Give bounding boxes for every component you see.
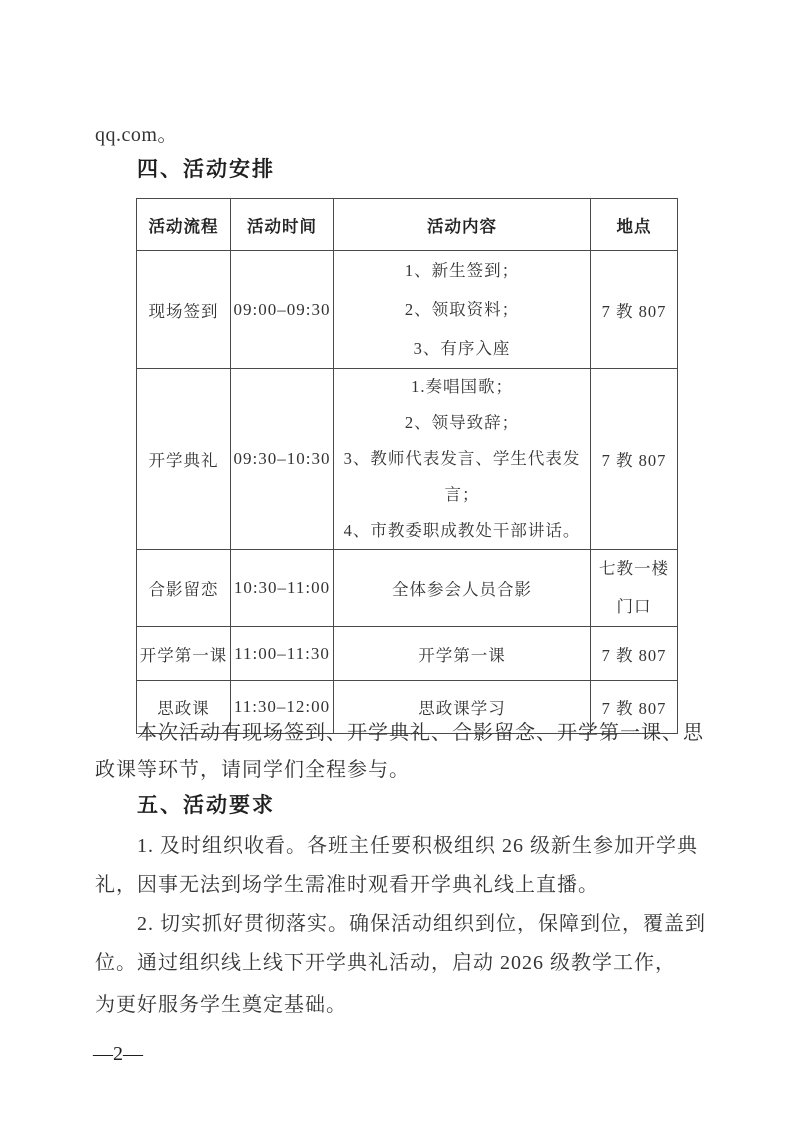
cell-location: 七教一楼 门口	[591, 550, 678, 627]
cell-content: 全体参会人员合影	[334, 550, 591, 627]
document-page: qq.com。 四、活动安排 活动流程 活动时间 活动内容 地点 现场签到 09…	[0, 0, 793, 1122]
table-header-row: 活动流程 活动时间 活动内容 地点	[137, 199, 678, 251]
page-number: —2—	[93, 1042, 143, 1066]
intro-paragraph-line: 政课等环节，请同学们全程参与。	[95, 757, 410, 783]
content-item: 2、领取资料；	[334, 290, 590, 329]
section-4-heading: 四、活动安排	[137, 157, 275, 183]
section-5-heading: 五、活动要求	[137, 793, 275, 819]
location-line: 七教一楼	[591, 550, 677, 588]
requirement-2-line: 2. 切实抓好贯彻落实。确保活动组织到位，保障到位，覆盖到	[137, 911, 706, 937]
paragraph-tail-line: qq.com。	[95, 122, 178, 148]
cell-content: 开学第一课	[334, 627, 591, 681]
header-cell-flow: 活动流程	[137, 199, 231, 251]
cell-content: 1.奏唱国歌； 2、领导致辞； 3、教师代表发言、学生代表发言； 4、市教委职成…	[334, 369, 591, 550]
content-item: 2、领导致辞；	[334, 405, 590, 441]
cell-time: 10:30–11:00	[231, 550, 334, 627]
requirement-1-line: 1. 及时组织收看。各班主任要积极组织 26 级新生参加开学典	[137, 833, 698, 859]
cell-flow: 现场签到	[137, 251, 231, 369]
content-item: 3、有序入座	[334, 329, 590, 368]
content-item: 1、新生签到；	[334, 251, 590, 290]
cell-location: 7 教 807	[591, 627, 678, 681]
activity-schedule-table: 活动流程 活动时间 活动内容 地点 现场签到 09:00–09:30 1、新生签…	[136, 198, 678, 734]
header-cell-location: 地点	[591, 199, 678, 251]
intro-paragraph-line: 本次活动有现场签到、开学典礼、合影留念、开学第一课、思	[137, 720, 704, 746]
content-item: 3、教师代表发言、学生代表发言；	[334, 441, 590, 513]
cell-flow: 开学典礼	[137, 369, 231, 550]
location-line: 门口	[591, 588, 677, 626]
cell-content: 1、新生签到； 2、领取资料； 3、有序入座	[334, 251, 591, 369]
cell-flow: 合影留恋	[137, 550, 231, 627]
requirement-2-line: 位。通过组织线上线下开学典礼活动，启动 2026 级教学工作，	[95, 950, 676, 976]
table-row: 现场签到 09:00–09:30 1、新生签到； 2、领取资料； 3、有序入座 …	[137, 251, 678, 369]
table-row: 开学典礼 09:30–10:30 1.奏唱国歌； 2、领导致辞； 3、教师代表发…	[137, 369, 678, 550]
header-cell-content: 活动内容	[334, 199, 591, 251]
header-cell-time: 活动时间	[231, 199, 334, 251]
cell-location: 7 教 807	[591, 369, 678, 550]
cell-flow: 开学第一课	[137, 627, 231, 681]
content-item: 1.奏唱国歌；	[334, 369, 590, 405]
requirement-1-line: 礼，因事无法到场学生需准时观看开学典礼线上直播。	[95, 872, 599, 898]
cell-time: 11:00–11:30	[231, 627, 334, 681]
content-item: 4、市教委职成教处干部讲话。	[334, 513, 590, 549]
cell-location: 7 教 807	[591, 251, 678, 369]
cell-time: 09:00–09:30	[231, 251, 334, 369]
cell-time: 09:30–10:30	[231, 369, 334, 550]
requirement-2-line: 为更好服务学生奠定基础。	[95, 992, 347, 1018]
table-row: 合影留恋 10:30–11:00 全体参会人员合影 七教一楼 门口	[137, 550, 678, 627]
table-row: 开学第一课 11:00–11:30 开学第一课 7 教 807	[137, 627, 678, 681]
